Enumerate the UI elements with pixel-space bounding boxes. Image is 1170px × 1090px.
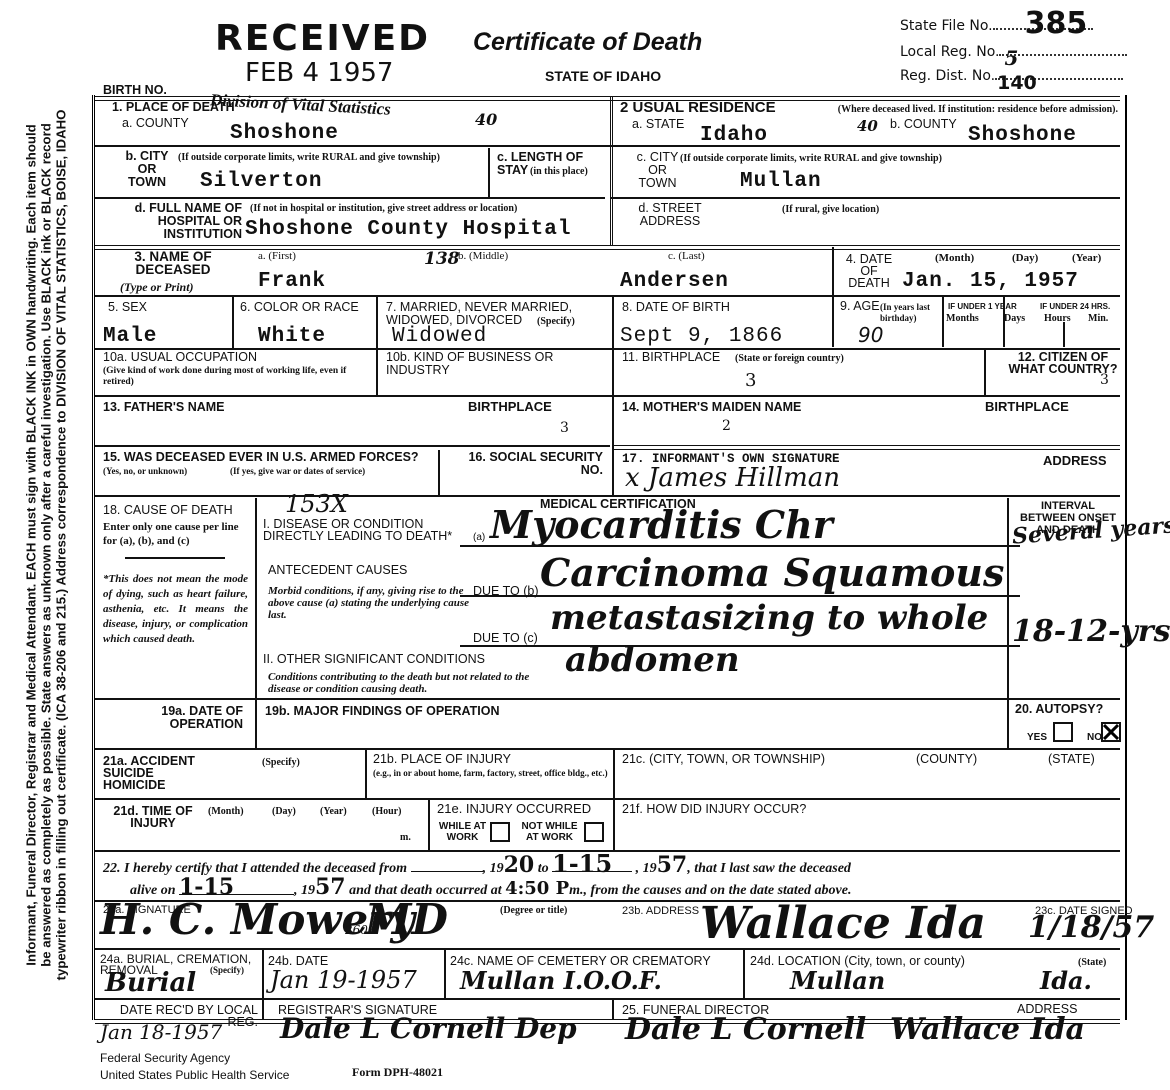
- usual-residence-label: 2 USUAL RESIDENCE: [620, 101, 776, 114]
- accident-label: 21a. ACCIDENT SUICIDE HOMICIDE: [103, 755, 203, 791]
- dob-label: 8. DATE OF BIRTH: [622, 301, 730, 314]
- armed-forces-note-1: (Yes, no, or unknown): [103, 466, 187, 477]
- at-work-checkbox[interactable]: [490, 822, 510, 842]
- injury-county-label: (COUNTY): [916, 753, 977, 766]
- not-at-work-checkbox[interactable]: [584, 822, 604, 842]
- age-label: 9. AGE: [840, 300, 880, 313]
- physician-address-label: 23b. ADDRESS: [622, 905, 699, 918]
- street-address-label: d. STREET ADDRESS: [630, 202, 710, 228]
- local-reg-no: Local Reg. No. 5: [900, 44, 1127, 60]
- mother-name-label: 14. MOTHER'S MAIDEN NAME: [622, 401, 801, 414]
- injury-hour-label: (Hour): [372, 806, 401, 817]
- death-time[interactable]: 4:50 P: [505, 878, 569, 899]
- certify-text-end: , that I last saw the deceased: [687, 861, 851, 876]
- street-address-note: (If rural, give location): [782, 204, 879, 215]
- date-of-death-label: 4. DATE OF DEATH: [840, 253, 898, 289]
- residence-city-label: c. CITY OR TOWN: [630, 151, 685, 190]
- marital-note: (Specify): [537, 316, 575, 327]
- date-of-birth[interactable]: Sept 9, 1866: [620, 325, 783, 348]
- father-birthplace-label: BIRTHPLACE: [468, 400, 552, 413]
- last-name-label: c. (Last): [668, 251, 705, 262]
- hospital-note: (If not in hospital or institution, give…: [250, 203, 517, 214]
- autopsy-label: 20. AUTOPSY?: [1015, 703, 1103, 716]
- due-to-c-label: DUE TO (c): [473, 632, 538, 645]
- ssn-label: 16. SOCIAL SECURITY NO.: [448, 451, 603, 477]
- sex-label: 5. SEX: [108, 301, 147, 314]
- cause-c[interactable]: abdomen: [565, 640, 740, 680]
- state-file-value: 385: [1025, 6, 1088, 41]
- length-of-stay-note: (in this place): [530, 166, 588, 177]
- funeral-director-signature[interactable]: Dale L Cornell: [625, 1012, 866, 1047]
- first-name-label: a. (First): [258, 251, 296, 262]
- autopsy-no-checkbox[interactable]: [1101, 722, 1121, 742]
- race[interactable]: White: [258, 325, 326, 348]
- hospital-label: d. FULL NAME OF HOSPITAL OR INSTITUTION: [122, 202, 242, 241]
- from-year[interactable]: 20: [504, 852, 535, 878]
- side-instruction-line-1: Informant, Funeral Director, Registrar a…: [24, 110, 39, 981]
- armed-forces-label: 15. WAS DECEASED EVER IN U.S. ARMED FORC…: [103, 451, 419, 464]
- date-received[interactable]: Jan 18-1957: [100, 1020, 222, 1044]
- residence-state-label: a. STATE: [632, 118, 684, 131]
- antecedent-note: Morbid conditions, if any, giving rise t…: [268, 585, 473, 621]
- under-year-label: IF UNDER 1 YEAR: [948, 301, 1017, 312]
- under-hours-label: IF UNDER 24 HRS.: [1040, 301, 1110, 312]
- antecedent-causes-label: ANTECEDENT CAUSES: [268, 564, 407, 577]
- to-year-prefix: 19: [643, 861, 657, 876]
- received-date-stamp: FEB 4 1957: [245, 58, 393, 88]
- autopsy-yes-checkbox[interactable]: [1053, 722, 1073, 742]
- autopsy-yes-label: YES: [1027, 732, 1047, 743]
- reg-dist-label: Reg. Dist. No.: [900, 68, 995, 84]
- birthplace-label: 11. BIRTHPLACE: [622, 351, 720, 364]
- informant-address-label: ADDRESS: [1043, 454, 1107, 467]
- burial-state[interactable]: Ida.: [1040, 966, 1092, 995]
- cause-b-continued[interactable]: metastasizing to whole: [550, 598, 988, 638]
- cause-b[interactable]: Carcinoma Squamous: [540, 550, 1004, 595]
- time-of-injury-label: 21d. TIME OF INJURY: [103, 805, 203, 829]
- burial-date[interactable]: Jan 19-1957: [270, 966, 417, 994]
- cause-b-interval[interactable]: 18-12-yrs: [1012, 614, 1170, 649]
- reg-dist-no: Reg. Dist. No. 140: [900, 68, 1123, 84]
- how-injury-label: 21f. HOW DID INJURY OCCUR?: [622, 803, 806, 816]
- hospital-name[interactable]: Shoshone County Hospital: [245, 218, 571, 241]
- usual-residence-note: (Where deceased lived. If institution: r…: [820, 103, 1118, 116]
- birthplace[interactable]: 3: [745, 370, 756, 391]
- physician-address[interactable]: Wallace Ida: [700, 898, 986, 949]
- certify-text-start: 22. I hereby certify that I attended the…: [103, 861, 407, 876]
- middle-name-label: b. (Middle): [458, 251, 508, 262]
- other-conditions-label: II. OTHER SIGNIFICANT CONDITIONS: [263, 653, 485, 666]
- age[interactable]: 90: [858, 323, 883, 347]
- days-label: Days: [1004, 313, 1025, 324]
- armed-forces-field[interactable]: [103, 478, 223, 493]
- to-label: to: [538, 861, 549, 876]
- registrar-signature[interactable]: Dale L Cornell Dep: [280, 1012, 577, 1045]
- city-note: (If outside corporate limits, write RURA…: [178, 152, 483, 163]
- county-of-death[interactable]: Shoshone: [230, 122, 339, 145]
- burial-specify: (Specify): [210, 965, 244, 976]
- residence-county-label: b. COUNTY: [890, 118, 957, 131]
- accident-specify: (Specify): [262, 757, 300, 768]
- checked-x-icon: [1103, 724, 1119, 740]
- dod-year-label: (Year): [1072, 253, 1101, 264]
- due-to-b-label: DUE TO (b): [473, 585, 539, 598]
- county-code: 40: [475, 110, 497, 129]
- dod-month-label: (Month): [935, 253, 974, 264]
- cause-a[interactable]: Myocarditis Chr: [490, 502, 833, 547]
- deceased-name-sub: (Type or Print): [120, 280, 194, 294]
- received-stamp: RECEIVED: [215, 18, 430, 59]
- residence-city[interactable]: Mullan: [740, 170, 822, 193]
- place-of-death-label: 1. PLACE OF DEATH: [112, 101, 235, 114]
- side-instructions: Informant, Funeral Director, Registrar a…: [0, 0, 92, 1090]
- armed-forces-note-2: (If yes, give war or dates of service): [230, 466, 365, 477]
- residence-city-note: (If outside corporate limits, write RURA…: [680, 153, 942, 164]
- how-injury-field[interactable]: [622, 820, 1112, 845]
- injury-year-label: (Year): [320, 806, 347, 817]
- side-instruction-line-3: typewriter ribbon in filling out certifi…: [54, 110, 69, 981]
- date-signed[interactable]: 1/18/57: [1028, 910, 1154, 945]
- race-label: 6. COLOR OR RACE: [240, 301, 359, 314]
- disease-label: I. DISEASE OR CONDITION DIRECTLY LEADING…: [263, 518, 473, 542]
- autopsy-no-label: NO: [1087, 732, 1102, 743]
- age-note: (In years last birthday): [880, 302, 940, 324]
- date-of-death[interactable]: Jan. 15, 1957: [902, 270, 1079, 293]
- county-label: a. COUNTY: [122, 117, 189, 130]
- residence-state-code: 40: [857, 117, 878, 135]
- to-date[interactable]: 1-15: [552, 857, 632, 872]
- sex[interactable]: Male: [103, 325, 157, 348]
- informant-signature[interactable]: x James Hillman: [625, 463, 840, 493]
- injury-occurred-label: 21e. INJURY OCCURRED: [437, 802, 591, 815]
- certify-text-final: m., from the causes and on the date stat…: [569, 883, 851, 898]
- occupation-label: 10a. USUAL OCCUPATION: [103, 351, 257, 364]
- form-number: Form DPH-48021: [352, 1065, 443, 1080]
- cemetery-name[interactable]: Mullan I.O.O.F.: [460, 966, 662, 995]
- footer-agency-1: Federal Security Agency: [100, 1051, 230, 1065]
- marital-status[interactable]: Widowed: [392, 325, 487, 348]
- not-at-work-label: NOT WHILE AT WORK: [517, 821, 582, 843]
- document-title: Certificate of Death: [473, 28, 702, 57]
- place-of-injury-note: (e.g., in or about home, farm, factory, …: [373, 768, 608, 779]
- operation-findings-label: 19b. MAJOR FINDINGS OF OPERATION: [265, 705, 500, 718]
- city-of-death[interactable]: Silverton: [200, 170, 322, 193]
- city-label: b. CITY OR TOWN: [122, 150, 172, 189]
- cause-instructions: Enter only one cause per line for (a), (…: [103, 520, 248, 548]
- degree-label: (Degree or title): [500, 905, 567, 916]
- to-year[interactable]: 57: [657, 852, 688, 878]
- state-file-no: State File No. 385: [900, 18, 1093, 34]
- reg-dist-value: 140: [997, 72, 1037, 94]
- ssn-field[interactable]: [448, 478, 603, 493]
- business-label: 10b. KIND OF BUSINESS OR INDUSTRY: [386, 351, 606, 377]
- hours-label: Hours: [1044, 313, 1071, 324]
- deceased-name-label: 3. NAME OF DECEASED: [118, 250, 228, 276]
- at-work-label: WHILE AT WORK: [435, 821, 490, 843]
- business-field[interactable]: [386, 378, 606, 393]
- injury-day-label: (Day): [272, 806, 296, 817]
- cause-note: *This does not mean the mode of dying, s…: [103, 572, 248, 647]
- physician-degree[interactable]: MD: [365, 895, 448, 944]
- mother-name[interactable]: 2: [722, 418, 731, 434]
- first-name[interactable]: Frank: [258, 270, 326, 293]
- burial-method[interactable]: Burial: [105, 968, 196, 998]
- footer-agency-2: United States Public Health Service: [100, 1068, 289, 1082]
- residence-state[interactable]: Idaho: [700, 124, 768, 147]
- citizenship[interactable]: 3: [1100, 372, 1109, 388]
- operation-date-label: 19a. DATE OF OPERATION: [103, 705, 243, 731]
- months-label: Months: [946, 313, 979, 324]
- alive-date[interactable]: 1-15: [179, 880, 294, 895]
- street-address-field[interactable]: [720, 222, 1110, 242]
- local-reg-label: Local Reg. No.: [900, 44, 999, 60]
- residence-county[interactable]: Shoshone: [968, 124, 1077, 147]
- funeral-director-address[interactable]: Wallace Ida: [890, 1012, 1085, 1047]
- document-subtitle: STATE OF IDAHO: [545, 68, 661, 84]
- cause-code: 153X: [285, 490, 348, 518]
- injury-m-label: m.: [400, 832, 411, 843]
- min-label: Min.: [1088, 313, 1108, 324]
- occupation-field[interactable]: [103, 378, 373, 393]
- operation-findings-field[interactable]: [265, 722, 1000, 744]
- state-file-label: State File No.: [900, 18, 993, 34]
- from-year-prefix: 19: [490, 861, 504, 876]
- birthplace-note: (State or foreign country): [735, 353, 844, 364]
- burial-location[interactable]: Mullan: [790, 966, 885, 995]
- father-name-field[interactable]: [103, 420, 463, 442]
- cause-of-death-label: 18. CAUSE OF DEATH: [103, 504, 233, 517]
- name-code: 138: [424, 249, 460, 269]
- local-reg-value: 5: [1004, 46, 1018, 70]
- cause-a-marker: (a): [473, 531, 485, 544]
- injury-month-label: (Month): [208, 806, 244, 817]
- place-of-injury-label: 21b. PLACE OF INJURY: [373, 753, 511, 766]
- other-conditions-note: Conditions contributing to the death but…: [268, 671, 558, 695]
- dod-day-label: (Day): [1012, 253, 1038, 264]
- side-instruction-line-2: be answered as completely as possible. S…: [39, 110, 54, 981]
- mother-birthplace-label: BIRTHPLACE: [985, 400, 1069, 413]
- last-name[interactable]: Andersen: [620, 270, 729, 293]
- middle-name[interactable]: [458, 270, 598, 292]
- father-birthplace[interactable]: 3: [560, 420, 569, 436]
- injury-state-label: (STATE): [1048, 753, 1095, 766]
- father-name-label: 13. FATHER'S NAME: [103, 401, 225, 414]
- injury-city-label: 21c. (CITY, TOWN, OR TOWNSHIP): [622, 753, 825, 766]
